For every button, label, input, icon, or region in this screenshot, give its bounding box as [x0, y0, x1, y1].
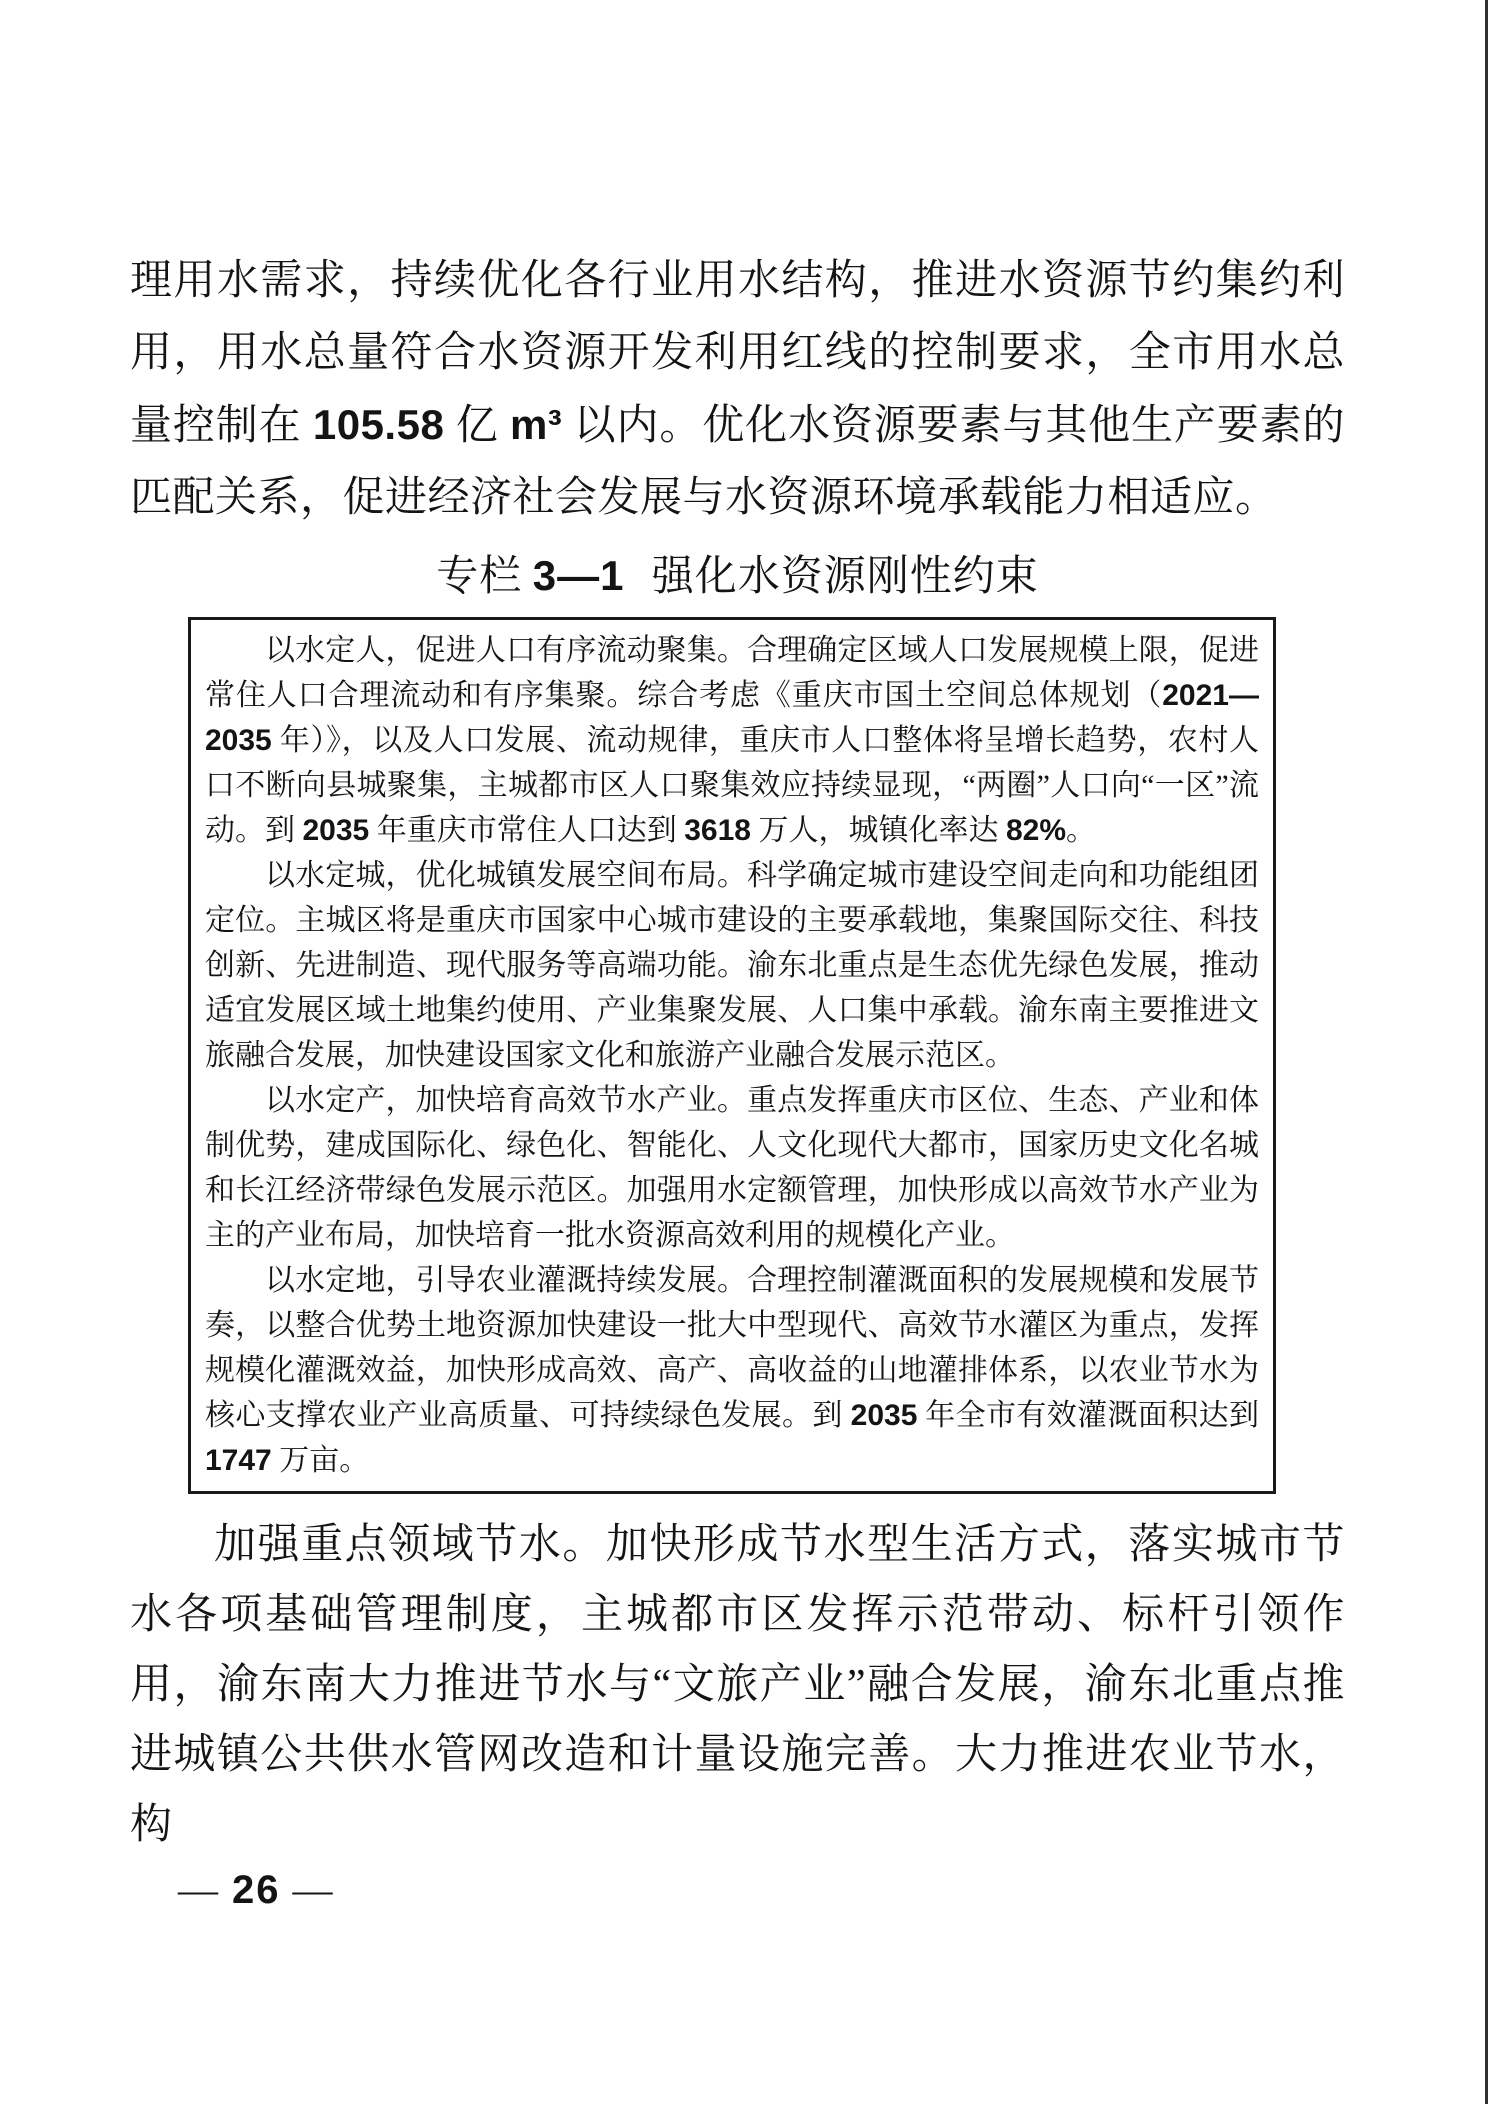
callout-box-title-text: 强化水资源刚性约束: [652, 554, 1039, 600]
page-content: 理用水需求，持续优化各行业用水结构，推进水资源节约集约利用，用水总量符合水资源开…: [130, 0, 1345, 1860]
box-paragraph-water-industry: 以水定产，加快培育高效节水产业。重点发挥重庆市区位、生态、产业和体制优势，建成国…: [205, 1078, 1259, 1258]
closing-paragraph: 加强重点领域节水。加快形成节水型生活方式，落实城市节水各项基础管理制度，主城都市…: [130, 1510, 1345, 1860]
callout-box-title-prefix: 专栏: [436, 554, 522, 600]
callout-box-title-number: 3—1: [533, 552, 625, 599]
callout-box-title: 专栏3—1强化水资源刚性约束: [130, 548, 1345, 605]
box-paragraph-water-land: 以水定地，引导农业灌溉持续发展。合理控制灌溉面积的发展规模和发展节奏，以整合优势…: [205, 1258, 1259, 1483]
callout-box: 以水定人，促进人口有序流动聚集。合理确定区域人口发展规模上限，促进常住人口合理流…: [188, 617, 1276, 1494]
document-page: 理用水需求，持续优化各行业用水结构，推进水资源节约集约利用，用水总量符合水资源开…: [0, 0, 1488, 2104]
page-number: — 26 —: [178, 1866, 335, 1914]
box-paragraph-water-city: 以水定城，优化城镇发展空间布局。科学确定城市建设空间走向和功能组团定位。主城区将…: [205, 853, 1259, 1078]
box-paragraph-water-population: 以水定人，促进人口有序流动聚集。合理确定区域人口发展规模上限，促进常住人口合理流…: [205, 628, 1259, 853]
intro-paragraph: 理用水需求，持续优化各行业用水结构，推进水资源节约集约利用，用水总量符合水资源开…: [130, 245, 1345, 534]
